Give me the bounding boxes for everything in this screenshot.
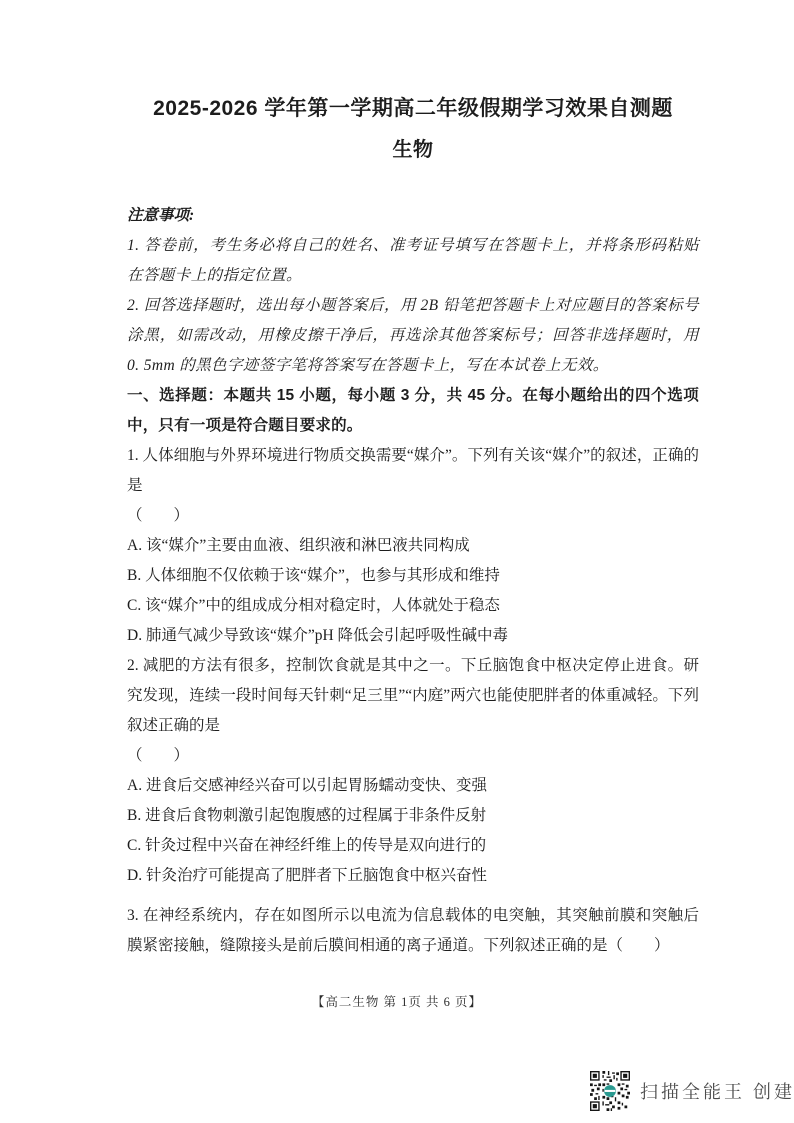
camscanner-label: 扫描全能王 创建 bbox=[640, 1078, 794, 1104]
question-3: 3. 在神经系统内，存在如图所示以电流为信息载体的电突触，其突触前膜和突触后膜紧… bbox=[127, 901, 699, 961]
question-2-option-a: A. 进食后交感神经兴奋可以引起胃肠蠕动变快、变强 bbox=[127, 771, 699, 801]
page-footer: 【高二生物 第 1页 共 6 页】 bbox=[0, 992, 794, 1010]
page-number-label: 【高二生物 第 1页 共 6 页】 bbox=[312, 995, 482, 1009]
question-2-option-b: B. 进食后食物刺激引起饱腹感的过程属于非条件反射 bbox=[127, 801, 699, 831]
notice-heading: 注意事项: bbox=[127, 201, 699, 231]
question-2-option-c: C. 针灸过程中兴奋在神经纤维上的传导是双向进行的 bbox=[127, 831, 699, 861]
question-1-option-a: A. 该“媒介”主要由血液、组织液和淋巴液共同构成 bbox=[127, 531, 699, 561]
camscanner-watermark: 扫描全能王 创建 bbox=[590, 1071, 794, 1111]
exam-paper-page: 2025-2026 学年第一学期高二年级假期学习效果自测题 生物 注意事项: 1… bbox=[0, 0, 794, 1123]
question-1: 1. 人体细胞与外界环境进行物质交换需要“媒介”。下列有关该“媒介”的叙述，正确… bbox=[127, 441, 699, 651]
page-content: 2025-2026 学年第一学期高二年级假期学习效果自测题 生物 注意事项: 1… bbox=[127, 0, 699, 961]
exam-title: 2025-2026 学年第一学期高二年级假期学习效果自测题 bbox=[127, 94, 699, 124]
qr-code-icon bbox=[590, 1071, 630, 1111]
question-1-option-c: C. 该“媒介”中的组成成分相对稳定时，人体就处于稳态 bbox=[127, 591, 699, 621]
question-1-answer-bracket: （ ） bbox=[127, 501, 699, 531]
question-2: 2. 减肥的方法有很多，控制饮食就是其中之一。下丘脑饱食中枢决定停止进食。研究发… bbox=[127, 651, 699, 891]
notice-item-1: 1. 答卷前，考生务必将自己的姓名、准考证号填写在答题卡上，并将条形码粘贴在答题… bbox=[127, 231, 699, 291]
question-2-stem: 2. 减肥的方法有很多，控制饮食就是其中之一。下丘脑饱食中枢决定停止进食。研究发… bbox=[127, 651, 699, 741]
notice-item-2: 2. 回答选择题时，选出每小题答案后，用 2B 铅笔把答题卡上对应题目的答案标号… bbox=[127, 291, 699, 381]
question-1-option-d: D. 肺通气减少导致该“媒介”pH 降低会引起呼吸性碱中毒 bbox=[127, 621, 699, 651]
exam-subject-title: 生物 bbox=[127, 136, 699, 164]
question-1-stem: 1. 人体细胞与外界环境进行物质交换需要“媒介”。下列有关该“媒介”的叙述，正确… bbox=[127, 441, 699, 501]
question-2-option-d: D. 针灸治疗可能提高了肥胖者下丘脑饱食中枢兴奋性 bbox=[127, 861, 699, 891]
question-2-answer-bracket: （ ） bbox=[127, 741, 699, 771]
question-1-option-b: B. 人体细胞不仅依赖于该“媒介”，也参与其形成和维持 bbox=[127, 561, 699, 591]
question-3-stem: 3. 在神经系统内，存在如图所示以电流为信息载体的电突触，其突触前膜和突触后膜紧… bbox=[127, 901, 699, 961]
section-heading-choice-questions: 一、选择题：本题共 15 小题，每小题 3 分，共 45 分。在每小题给出的四个… bbox=[127, 381, 699, 441]
